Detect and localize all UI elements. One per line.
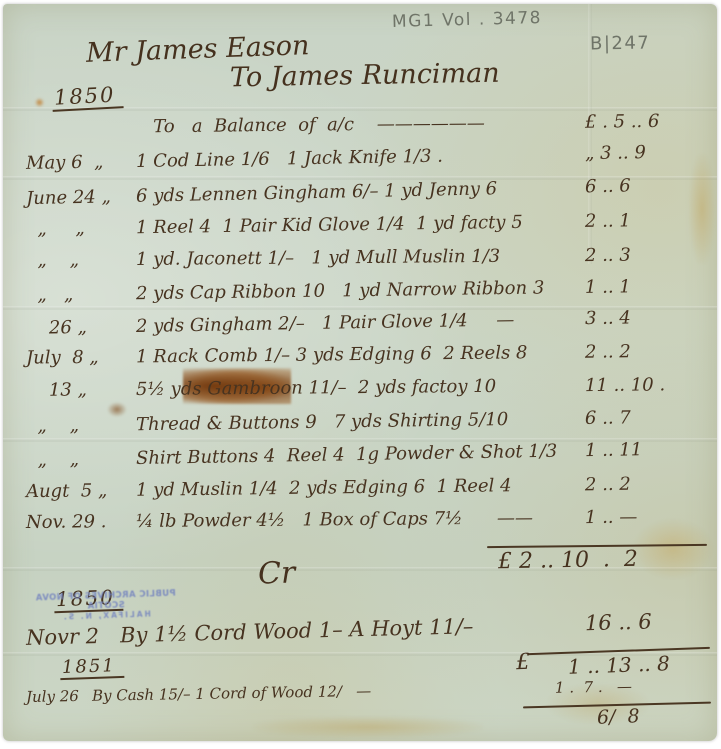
debit-total: £ 2 .. 10 . 2 bbox=[498, 547, 638, 574]
balance-remainder: 6/ 8 bbox=[597, 705, 640, 728]
document-scan: MG1 Vol . 3478 B|247 Mr James Eason To J… bbox=[0, 0, 721, 749]
credit-subtotal-currency: £ bbox=[516, 650, 531, 675]
entry-date: „ „ bbox=[26, 448, 136, 471]
entry-amount: 1 . 7 . — bbox=[551, 676, 705, 697]
entry-amount: 2 .. 2 bbox=[581, 473, 705, 496]
stain-right-mid bbox=[633, 519, 713, 579]
archival-reference-pencil: MG1 Vol . 3478 bbox=[392, 8, 542, 32]
entry-description: ¼ lb Powder 4½ 1 Box of Caps 7½ —— bbox=[136, 507, 581, 532]
entry-date: 26 „ bbox=[26, 316, 136, 339]
entry-amount: „ 3 .. 9 bbox=[581, 141, 705, 164]
year-heading: 1850 bbox=[51, 82, 124, 112]
entry-amount: 6 .. 6 bbox=[581, 174, 705, 198]
entry-amount: £ . 5 .. 6 bbox=[581, 110, 705, 132]
entry-date: July 8 „ bbox=[26, 346, 136, 368]
entry-date: 13 „ bbox=[26, 379, 136, 401]
entry-amount: 3 .. 4 bbox=[581, 306, 705, 329]
stain-bottom-center bbox=[253, 716, 483, 738]
entry-date: July 26 bbox=[26, 687, 92, 706]
credit-heading: Cr bbox=[257, 555, 295, 591]
creditor-name: To James Runciman bbox=[230, 58, 500, 94]
entry-amount: 6 .. 7 bbox=[581, 406, 705, 429]
entry-description: 1 yd. Jaconett 1/– 1 yd Mull Muslin 1/3 bbox=[136, 245, 581, 270]
entry-date: „ „ bbox=[26, 249, 136, 271]
entry-date: „ „ bbox=[26, 414, 136, 437]
entry-date: June 24 „ bbox=[26, 186, 136, 209]
stain-dot-topleft bbox=[35, 98, 44, 107]
entry-amount: 11 .. 10 . bbox=[581, 374, 705, 396]
entry-amount: 16 .. 6 bbox=[581, 608, 706, 635]
entry-amount: 1 .. — bbox=[581, 506, 705, 528]
credit-subtotal-amount: 1 .. 13 .. 8 bbox=[568, 651, 671, 679]
entry-amount: 1 .. 11 bbox=[581, 438, 705, 461]
entry-date bbox=[26, 132, 136, 133]
entry-amount: 2 .. 2 bbox=[581, 340, 705, 362]
public-archives-stamp: PUBLIC ARCHIVES OF NOVA SCOTIA HALIFAX, … bbox=[22, 588, 191, 623]
entry-date: Nov. 29 . bbox=[26, 511, 136, 533]
entry-date: Augt 5 „ bbox=[26, 480, 136, 502]
archival-item-number-pencil: B|247 bbox=[590, 32, 651, 54]
entry-amount: 1 .. 1 bbox=[581, 275, 705, 298]
entry-date: Novr 2 bbox=[26, 623, 121, 649]
entry-amount: 2 .. 1 bbox=[581, 209, 705, 232]
entry-amount: 2 .. 3 bbox=[581, 244, 705, 266]
entry-date: „ „ bbox=[26, 283, 136, 306]
credit-year-2: 1851 bbox=[60, 655, 125, 680]
entry-date: „ „ bbox=[26, 217, 136, 240]
entry-date: May 6 „ bbox=[26, 151, 136, 174]
entry-description: 5½ yds Gambroon 11/– 2 yds factoy 10 bbox=[136, 375, 581, 400]
